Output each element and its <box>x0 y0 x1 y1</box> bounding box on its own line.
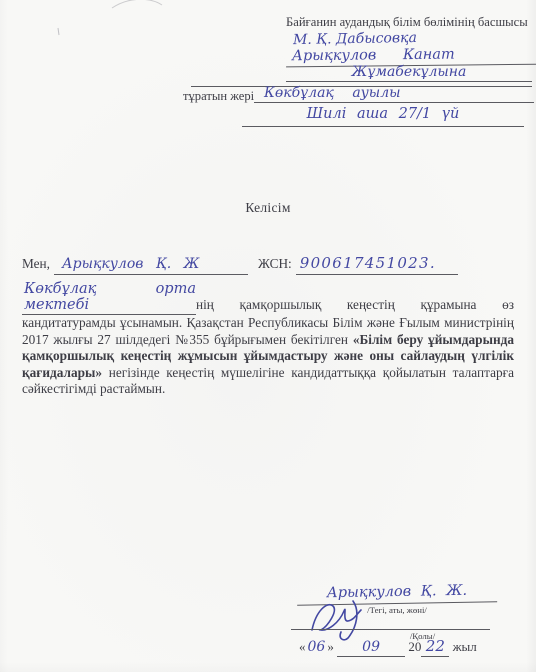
residence-label: тұратын жері <box>183 89 254 104</box>
opening-label: Мен, <box>22 256 50 272</box>
document-title: Келісім <box>0 200 536 216</box>
date-line: «06» 09 2022 жыл <box>299 637 477 657</box>
main-paragraph: Көкбұлақ орта мектебінің қамқоршылық кең… <box>22 281 514 398</box>
residence-value-line2: Шилі аша 27/1 үй <box>242 106 524 127</box>
applicant-name-field: Арықкулов Қ. Ж <box>54 256 248 275</box>
iin-value-field: 900617451023. <box>296 254 458 275</box>
date-year-suffix: жыл <box>453 639 477 654</box>
date-year-handwritten: 22 <box>421 637 449 657</box>
date-day-handwritten: 06 <box>306 639 328 655</box>
residence-value-line1: Көкбұлақ ауылы <box>254 85 534 103</box>
school-name-field: Көкбұлақ орта мектебі <box>22 281 196 315</box>
scan-artifact-marks <box>0 0 200 50</box>
date-quote-open: « <box>299 639 306 654</box>
date-month-handwritten: 09 <box>337 639 405 657</box>
signature-underline <box>291 611 490 630</box>
date-quote-close: » <box>327 639 334 654</box>
scanned-document-page: Байғанин аудандық білім бөлімінің басшыс… <box>0 0 536 672</box>
addressee-title: Байғанин аудандық білім бөлімінің басшыс… <box>286 15 534 29</box>
opening-line: Мен, Арықкулов Қ. Ж ЖСН: 900617451023. <box>22 254 514 275</box>
iin-label: ЖСН: <box>258 256 292 272</box>
date-year-prefix: 20 <box>408 639 421 654</box>
addressee-name-handwritten: М. Қ. Дабысовқа <box>293 30 417 48</box>
